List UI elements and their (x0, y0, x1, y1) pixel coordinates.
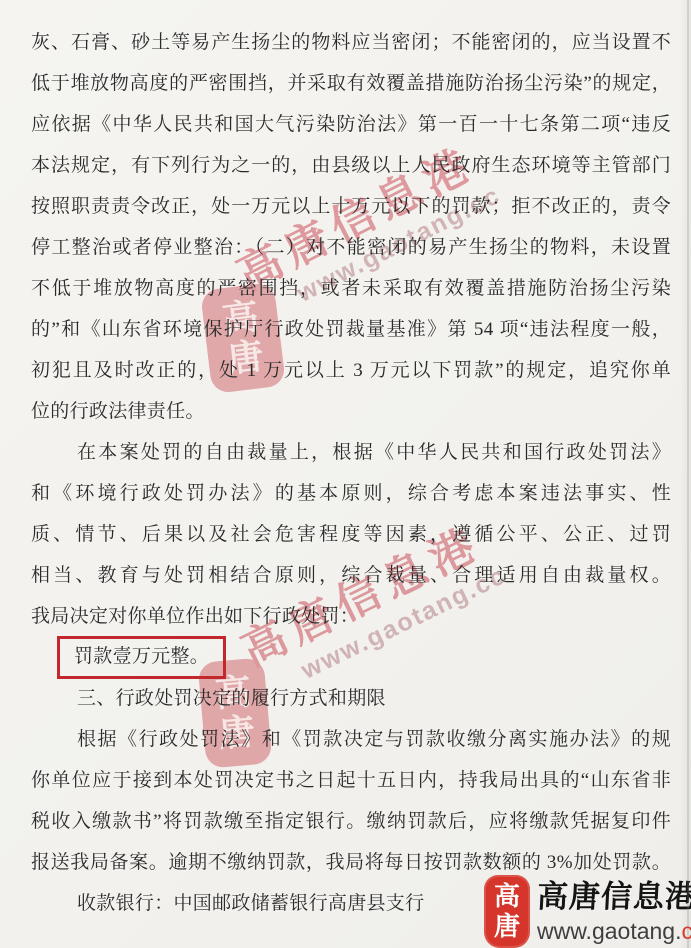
text-line: 初犯且及时改正的，处 1 万元以上 3 万元以下罚款”的规定，追究你单 (31, 350, 671, 391)
text-line: 低于堆放物高度的严密围挡，并采取有效覆盖措施防治扬尘污染”的规定， (31, 63, 671, 104)
logo-stamp-char-top: 高 (494, 882, 520, 912)
text-line: 本法规定，有下列行为之一的，由县级以上人民政府生态环境等主管部门 (31, 145, 671, 186)
text-line: 按照职责责令改正，处一万元以上十万元以下的罚款；拒不改正的，责令 (31, 186, 671, 227)
text-line: 不低于堆放物高度的严密围挡，或者未采取有效覆盖措施防治扬尘污染 (31, 268, 671, 309)
text-line: 相当、教育与处罚相结合原则，综合裁量、合理适用自由裁量权。 (31, 555, 671, 596)
scanned-document-page: 高 唐 高唐信息港 www.gaotang.cc 高 唐 高唐信息港 www.g… (0, 0, 691, 948)
text-line: 质、情节、后果以及社会危害程度等因素，遵循公平、公正、过罚 (31, 514, 671, 555)
text-line: 位的行政法律责任。 (31, 391, 671, 432)
logo-stamp-char-bottom: 唐 (494, 912, 520, 942)
logo-text-block: 高唐信息港 www.gaotang.cc (537, 875, 691, 943)
penalty-amount-text: 罚款壹万元整。 (74, 646, 209, 667)
document-body: 灰、石膏、砂土等易产生扬尘的物料应当密闭；不能密闭的，应当设置不 低于堆放物高度… (31, 22, 671, 924)
logo-site-url: www.gaotang.cc (537, 920, 691, 943)
site-logo: 高 唐 高唐信息港 www.gaotang.cc (484, 875, 691, 948)
logo-stamp-icon: 高 唐 (484, 875, 530, 948)
text-line: 灰、石膏、砂土等易产生扬尘的物料应当密闭；不能密闭的，应当设置不 (31, 22, 671, 63)
text-line: 根据《行政处罚法》和《罚款决定与罚款收缴分离实施办法》的规定， (31, 719, 671, 760)
text-line: 停工整治或者停业整治：（二）对不能密闭的易产生扬尘的物料，未设置 (31, 227, 671, 268)
scan-edge-line (687, 0, 689, 948)
text-line: 你单位应于接到本处罚决定书之日起十五日内，持我局出具的“山东省非 (31, 760, 671, 801)
logo-site-name: 高唐信息港 (536, 875, 691, 920)
text-line: 税收入缴款书”将罚款缴至指定银行。缴纳罚款后，应将缴款凭据复印件 (31, 801, 671, 842)
scan-edge-shadow (679, 0, 691, 948)
text-line: 我局决定对你单位作出如下行政处罚： (31, 596, 671, 637)
penalty-amount-line: 罚款壹万元整。 (31, 637, 671, 678)
text-line: 在本案处罚的自由裁量上，根据《中华人民共和国行政处罚法》 (31, 432, 671, 473)
penalty-amount-box: 罚款壹万元整。 (57, 636, 226, 679)
text-line: 的”和《山东省环境保护厅行政处罚裁量基准》第 54 项“违法程度一般， (31, 309, 671, 350)
text-line: 和《环境行政处罚办法》的基本原则，综合考虑本案违法事实、性 (31, 473, 671, 514)
section-heading-line: 三、行政处罚决定的履行方式和期限 (31, 678, 671, 719)
logo-url-main: www.gaotang. (537, 918, 681, 944)
text-line: 应依据《中华人民共和国大气污染防治法》第一百一十七条第二项“违反 (31, 104, 671, 145)
